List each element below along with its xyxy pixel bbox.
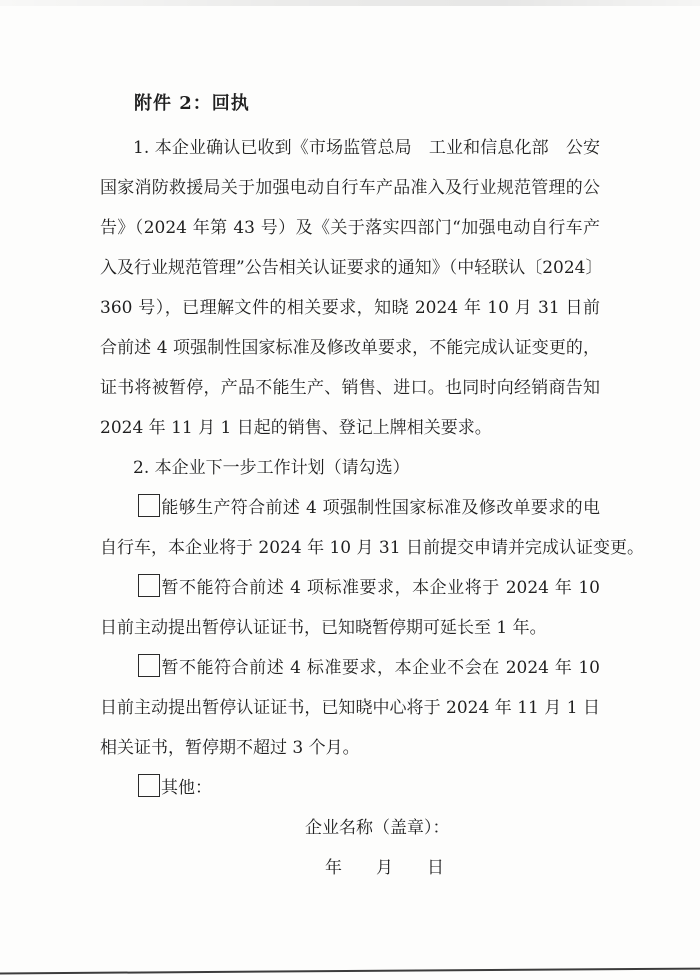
option-2-text: 暂不能符合前述 4 项标准要求，本企业将于 2024 年 10 月 31 [138,578,600,608]
paragraph1-line: 证书将被暂停，产品不能生产、销售、进口。也同时向经销商告知了 [100,368,600,408]
paragraph1-line: 合前述 4 项强制性国家标准及修改单要求，不能完成认证变更的，CCC [100,328,600,368]
paragraph1-line: 2024 年 11 月 1 日起的销售、登记上牌相关要求。 [100,408,600,448]
company-seal-label: 企业名称（盖章）： [100,808,600,848]
paragraph1-line: 360 号），已理解文件的相关要求，知晓 2024 年 10 月 31 日前不能… [100,288,600,328]
option-1-checkbox[interactable] [138,494,160,517]
option-3-line-1: 暂不能符合前述 4 标准要求，本企业不会在 2024 年 10 月 31 [100,648,600,688]
option-3-line-2: 日前主动提出暂停认证证书，已知晓中心将于 2024 年 11 月 1 日暂停 [100,688,600,728]
scan-page-edge-artifact [0,968,700,975]
option-1-line-2: 自行车，本企业将于 2024 年 10 月 31 日前提交申请并完成认证变更。 [100,528,600,568]
option-2-line-2: 日前主动提出暂停认证证书，已知晓暂停期可延长至 1 年。 [100,608,600,648]
scan-noise-artifact [0,0,700,6]
page-title: 附件 2：回执 [100,84,600,124]
date-blank-line: 年 月 日 [100,848,600,888]
option-1-line-1: 能够生产符合前述 4 项强制性国家标准及修改单要求的电动 [100,488,600,528]
option-2-checkbox[interactable] [138,574,160,597]
option-4-text: 其他： [161,778,212,798]
option-4-line-1: 其他： [100,768,600,808]
option-3-line-3: 相关证书，暂停期不超过 3 个月。 [100,728,600,768]
option-4-checkbox[interactable] [138,774,160,797]
paragraph1-line: 入及行业规范管理”公告相关认证要求的通知》（中轻联认〔2024〕 [100,248,600,288]
option-3-text: 暂不能符合前述 4 标准要求，本企业不会在 2024 年 10 月 31 [138,658,600,688]
paragraph1-line: 国家消防救援局关于加强电动自行车产品准入及行业规范管理的公 [100,168,600,208]
document-body: 附件 2：回执 1. 本企业确认已收到《市场监管总局 工业和信息化部 公安部 国… [100,84,600,888]
paragraph1-line: 1. 本企业确认已收到《市场监管总局 工业和信息化部 公安部 [100,128,600,168]
paragraph1-line: 告》（2024 年第 43 号）及《关于落实四部门“加强电动自行车产品准 [100,208,600,248]
option-3-checkbox[interactable] [138,654,160,677]
paragraph2-heading: 2. 本企业下一步工作计划（请勾选） [100,448,600,488]
option-1-text: 能够生产符合前述 4 项强制性国家标准及修改单要求的电动 [138,498,600,528]
option-2-line-1: 暂不能符合前述 4 项标准要求，本企业将于 2024 年 10 月 31 [100,568,600,608]
